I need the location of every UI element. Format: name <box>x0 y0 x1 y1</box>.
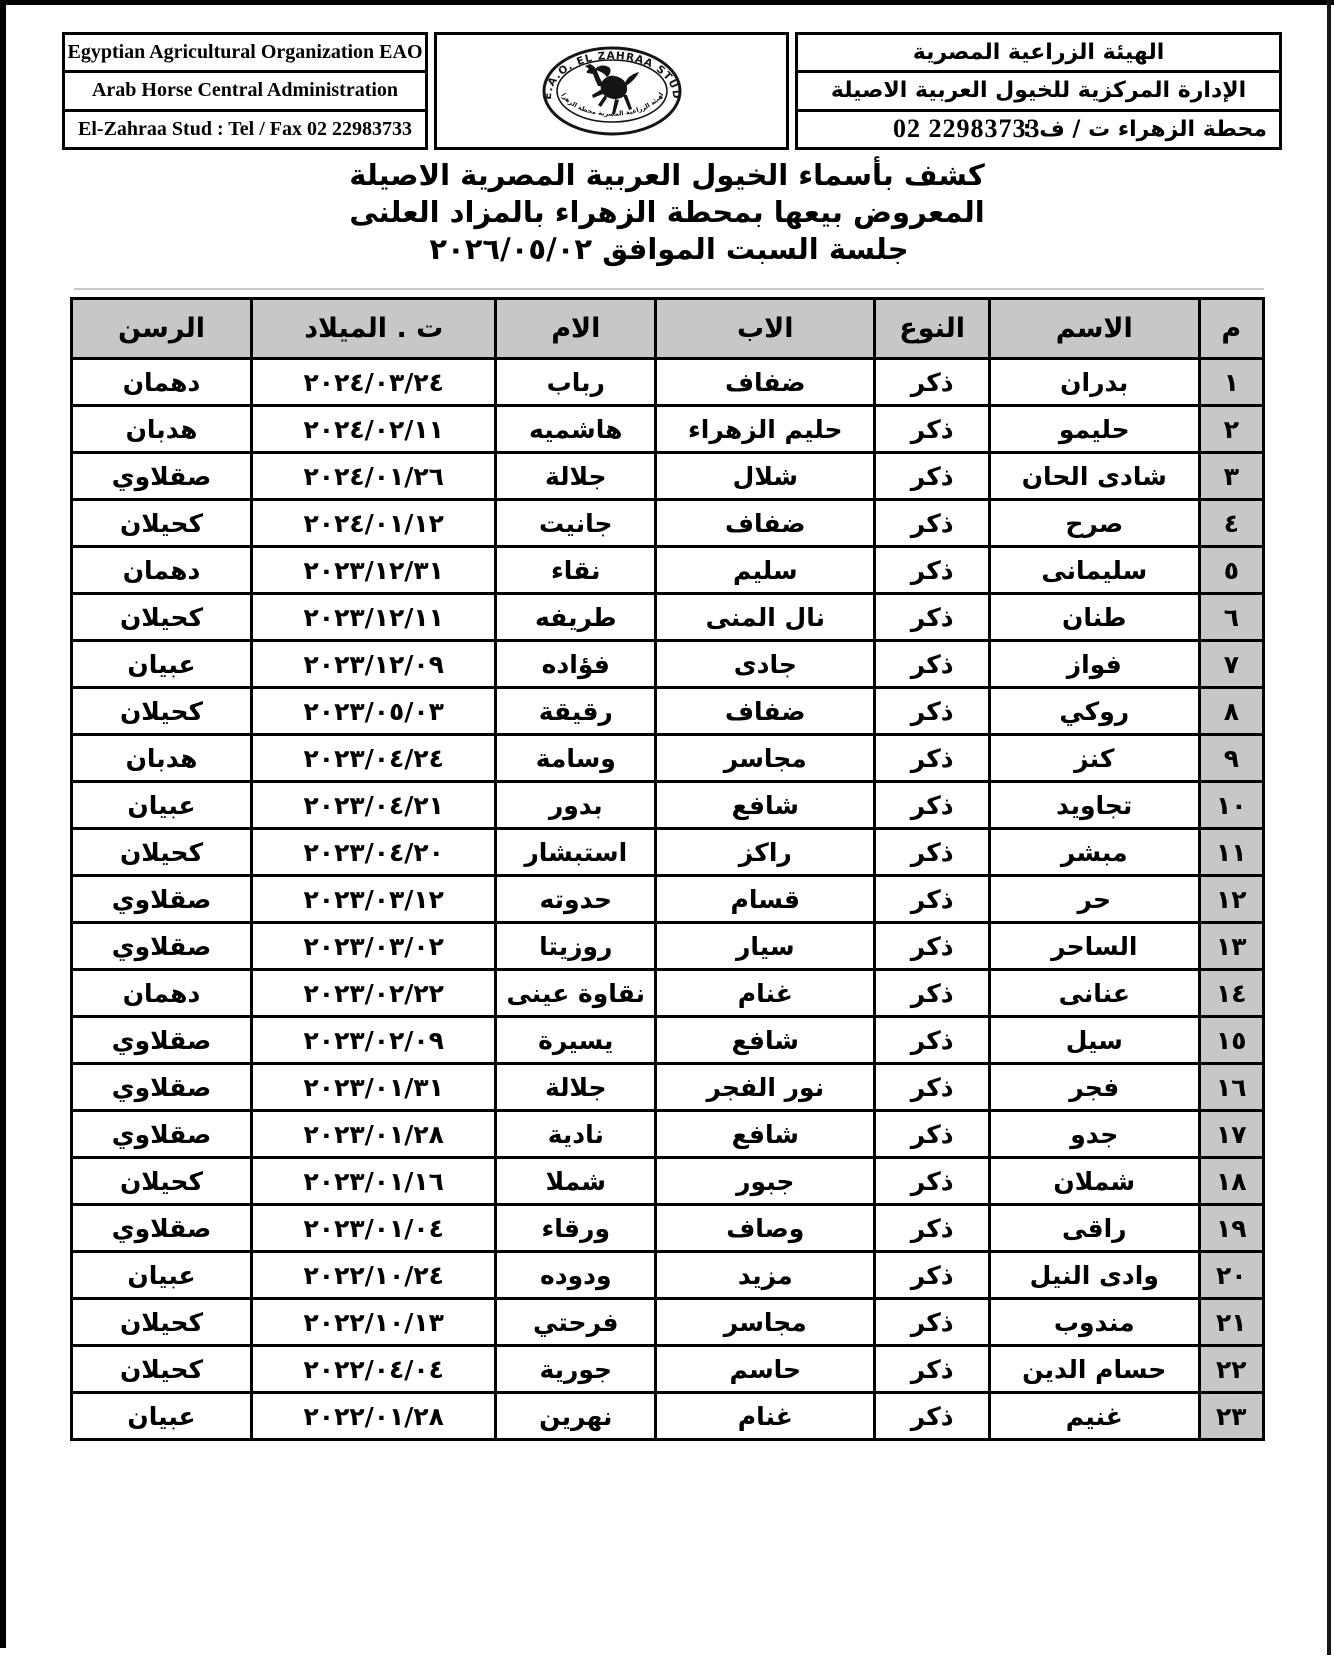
table-row: ٢حليموذكرحليم الزهراءهاشميه٢٠٢٤/٠٢/١١هدب… <box>72 406 1264 453</box>
cell-sex: ذكر <box>875 641 989 688</box>
table-row: ٦طنانذكرنال المنىطريفه٢٠٢٣/١٢/١١كحيلان <box>72 594 1264 641</box>
cell-sex: ذكر <box>875 970 989 1017</box>
cell-dam: حدوته <box>496 876 656 923</box>
cell-name: حليمو <box>989 406 1199 453</box>
col-header-dam: الام <box>496 299 656 359</box>
cell-num: ١٥ <box>1199 1017 1263 1064</box>
session-date: ٢٠٢٦/٠٥/٠٢ <box>429 232 592 266</box>
cell-strain: دهمان <box>72 970 252 1017</box>
title-line-1: كشف بأسماء الخيول العربية المصرية الاصيل… <box>0 157 1334 194</box>
cell-sire: شافع <box>656 782 875 829</box>
cell-sire: مزيد <box>656 1252 875 1299</box>
cell-dam: جانيت <box>496 500 656 547</box>
cell-name: مبشر <box>989 829 1199 876</box>
cell-sire: مجاسر <box>656 1299 875 1346</box>
cell-dam: ورقاء <box>496 1205 656 1252</box>
cell-sire: غنام <box>656 970 875 1017</box>
cell-name: فجر <box>989 1064 1199 1111</box>
table-row: ١١مبشرذكرراكزاستبشار٢٠٢٣/٠٤/٢٠كحيلان <box>72 829 1264 876</box>
cell-dam: نقاوة عينى <box>496 970 656 1017</box>
cell-dob: ٢٠٢٤/٠٢/١١ <box>252 406 496 453</box>
cell-sire: ضفاف <box>656 359 875 406</box>
cell-strain: عبيان <box>72 782 252 829</box>
table-row: ١٣الساحرذكرسيارروزيتا٢٠٢٣/٠٣/٠٢صقلاوي <box>72 923 1264 970</box>
cell-strain: عبيان <box>72 641 252 688</box>
header-english-box: Egyptian Agricultural Organization EAO A… <box>62 32 428 150</box>
cell-name: غنيم <box>989 1393 1199 1440</box>
cell-dam: شملا <box>496 1158 656 1205</box>
cell-sire: ضفاف <box>656 688 875 735</box>
cell-strain: عبيان <box>72 1393 252 1440</box>
cell-num: ١٣ <box>1199 923 1263 970</box>
table-row: ٨روكيذكرضفافرقيقة٢٠٢٣/٠٥/٠٣كحيلان <box>72 688 1264 735</box>
table-row: ١٩راقىذكروصافورقاء٢٠٢٣/٠١/٠٤صقلاوي <box>72 1205 1264 1252</box>
cell-dob: ٢٠٢٤/٠٣/٢٤ <box>252 359 496 406</box>
cell-num: ٨ <box>1199 688 1263 735</box>
cell-dam: وسامة <box>496 735 656 782</box>
cell-sex: ذكر <box>875 1158 989 1205</box>
cell-sex: ذكر <box>875 500 989 547</box>
cell-sex: ذكر <box>875 359 989 406</box>
cell-num: ٢٢ <box>1199 1346 1263 1393</box>
title-line-3: جلسة السبت الموافق ٢٠٢٦/٠٥/٠٢ <box>0 231 1334 268</box>
cell-sire: جادى <box>656 641 875 688</box>
table-row: ٢٢حسام الدينذكرحاسمجورية٢٠٢٢/٠٤/٠٤كحيلان <box>72 1346 1264 1393</box>
cell-dob: ٢٠٢٣/٠٤/٢٠ <box>252 829 496 876</box>
cell-strain: عبيان <box>72 1252 252 1299</box>
cell-num: ١٧ <box>1199 1111 1263 1158</box>
table-row: ١بدرانذكرضفافرباب٢٠٢٤/٠٣/٢٤دهمان <box>72 359 1264 406</box>
cell-strain: كحيلان <box>72 1299 252 1346</box>
horses-table-header: م الاسم النوع الاب الام ت . الميلاد الرس… <box>72 299 1264 359</box>
cell-sex: ذكر <box>875 1111 989 1158</box>
cell-name: جدو <box>989 1111 1199 1158</box>
cell-strain: هدبان <box>72 735 252 782</box>
cell-num: ٦ <box>1199 594 1263 641</box>
cell-sex: ذكر <box>875 923 989 970</box>
cell-name: حسام الدين <box>989 1346 1199 1393</box>
cell-dob: ٢٠٢٢/١٠/٢٤ <box>252 1252 496 1299</box>
admin-name-arabic: الإدارة المركزية للخيول العربية الاصيلة <box>798 70 1279 108</box>
cell-sire: شافع <box>656 1017 875 1064</box>
cell-sire: حليم الزهراء <box>656 406 875 453</box>
admin-name-english: Arab Horse Central Administration <box>65 70 425 108</box>
cell-sex: ذكر <box>875 547 989 594</box>
cell-sex: ذكر <box>875 1205 989 1252</box>
cell-name: تجاويد <box>989 782 1199 829</box>
cell-sex: ذكر <box>875 1252 989 1299</box>
cell-strain: صقلاوي <box>72 923 252 970</box>
session-label: جلسة السبت الموافق <box>602 232 908 266</box>
cell-strain: كحيلان <box>72 1158 252 1205</box>
cell-name: راقى <box>989 1205 1199 1252</box>
cell-sire: مجاسر <box>656 735 875 782</box>
header-arabic-box: الهيئة الزراعية المصرية الإدارة المركزية… <box>795 32 1282 150</box>
cell-sire: راكز <box>656 829 875 876</box>
cell-dam: يسيرة <box>496 1017 656 1064</box>
station-tel-label: محطة الزهراء ت / ف : <box>1023 117 1267 142</box>
cell-dam: جورية <box>496 1346 656 1393</box>
cell-sex: ذكر <box>875 735 989 782</box>
cell-dob: ٢٠٢٣/٠١/٢٨ <box>252 1111 496 1158</box>
table-row: ٤صرحذكرضفافجانيت٢٠٢٤/٠١/١٢كحيلان <box>72 500 1264 547</box>
cell-sire: غنام <box>656 1393 875 1440</box>
cell-strain: دهمان <box>72 547 252 594</box>
cell-dob: ٢٠٢٢/٠٤/٠٤ <box>252 1346 496 1393</box>
document-page: { "header": { "english": { "row1": "Egyp… <box>0 0 1334 1665</box>
cell-dam: نادية <box>496 1111 656 1158</box>
cell-sire: وصاف <box>656 1205 875 1252</box>
cell-num: ١١ <box>1199 829 1263 876</box>
cell-strain: كحيلان <box>72 1346 252 1393</box>
title-line-2: المعروض بيعها بمحطة الزهراء بالمزاد العل… <box>0 194 1334 231</box>
cell-dob: ٢٠٢٣/٠٣/١٢ <box>252 876 496 923</box>
station-tel-number: 02 22983733 <box>893 114 1041 144</box>
cell-dam: فؤاده <box>496 641 656 688</box>
cell-strain: كحيلان <box>72 500 252 547</box>
cell-name: سليمانى <box>989 547 1199 594</box>
cell-num: ١٩ <box>1199 1205 1263 1252</box>
cell-sire: جبور <box>656 1158 875 1205</box>
cell-strain: كحيلان <box>72 688 252 735</box>
cell-name: سيل <box>989 1017 1199 1064</box>
cell-dob: ٢٠٢٣/١٢/١١ <box>252 594 496 641</box>
cell-sire: نال المنى <box>656 594 875 641</box>
cell-dam: رقيقة <box>496 688 656 735</box>
cell-num: ٧ <box>1199 641 1263 688</box>
cell-dob: ٢٠٢٢/١٠/١٣ <box>252 1299 496 1346</box>
table-row: ٢١مندوبذكرمجاسرفرحتي٢٠٢٢/١٠/١٣كحيلان <box>72 1299 1264 1346</box>
cell-dob: ٢٠٢٣/٠١/٣١ <box>252 1064 496 1111</box>
cell-dob: ٢٠٢٣/٠١/١٦ <box>252 1158 496 1205</box>
cell-num: ٢٣ <box>1199 1393 1263 1440</box>
cell-dam: روزيتا <box>496 923 656 970</box>
table-row: ١٠تجاويدذكرشافعبدور٢٠٢٣/٠٤/٢١عبيان <box>72 782 1264 829</box>
cell-name: عنانى <box>989 970 1199 1017</box>
cell-strain: صقلاوي <box>72 876 252 923</box>
cell-num: ١٠ <box>1199 782 1263 829</box>
cell-name: الساحر <box>989 923 1199 970</box>
cell-sex: ذكر <box>875 688 989 735</box>
horses-table: م الاسم النوع الاب الام ت . الميلاد الرس… <box>70 297 1265 1441</box>
cell-dam: جلالة <box>496 1064 656 1111</box>
cell-num: ١٨ <box>1199 1158 1263 1205</box>
cell-num: ١٢ <box>1199 876 1263 923</box>
cell-sire: ضفاف <box>656 500 875 547</box>
cell-name: وادى النيل <box>989 1252 1199 1299</box>
cell-dob: ٢٠٢٣/٠٤/٢٤ <box>252 735 496 782</box>
logo-box: E.A.O. EL ZAHRAA STUD الهيئة الزراعية ال… <box>434 32 789 150</box>
cell-name: فواز <box>989 641 1199 688</box>
cell-strain: هدبان <box>72 406 252 453</box>
cell-num: ٢١ <box>1199 1299 1263 1346</box>
org-name-arabic: الهيئة الزراعية المصرية <box>798 35 1279 70</box>
cell-dam: استبشار <box>496 829 656 876</box>
table-row: ١٢حرذكرقسامحدوته٢٠٢٣/٠٣/١٢صقلاوي <box>72 876 1264 923</box>
cell-strain: دهمان <box>72 359 252 406</box>
cell-strain: صقلاوي <box>72 1017 252 1064</box>
cell-dob: ٢٠٢٤/٠١/٢٦ <box>252 453 496 500</box>
cell-dam: ودوده <box>496 1252 656 1299</box>
col-header-sex: النوع <box>875 299 989 359</box>
table-row: ١٤عنانىذكرغنامنقاوة عينى٢٠٢٣/٠٢/٢٢دهمان <box>72 970 1264 1017</box>
table-row: ٣شادى الحانذكرشلالجلالة٢٠٢٤/٠١/٢٦صقلاوي <box>72 453 1264 500</box>
cell-sire: شافع <box>656 1111 875 1158</box>
table-row: ٢٠وادى النيلذكرمزيدودوده٢٠٢٢/١٠/٢٤عبيان <box>72 1252 1264 1299</box>
cell-dam: طريفه <box>496 594 656 641</box>
cell-sire: قسام <box>656 876 875 923</box>
cell-name: مندوب <box>989 1299 1199 1346</box>
cell-name: طنان <box>989 594 1199 641</box>
cell-dob: ٢٠٢٣/١٢/٠٩ <box>252 641 496 688</box>
cell-num: ١٤ <box>1199 970 1263 1017</box>
table-row: ١٦فجرذكرنور الفجرجلالة٢٠٢٣/٠١/٣١صقلاوي <box>72 1064 1264 1111</box>
cell-sire: نور الفجر <box>656 1064 875 1111</box>
cell-sex: ذكر <box>875 406 989 453</box>
cell-sex: ذكر <box>875 1393 989 1440</box>
cell-sex: ذكر <box>875 782 989 829</box>
cell-sex: ذكر <box>875 876 989 923</box>
cell-sex: ذكر <box>875 453 989 500</box>
cell-name: كنز <box>989 735 1199 782</box>
table-row: ٢٣غنيمذكرغنامنهرين٢٠٢٢/٠١/٢٨عبيان <box>72 1393 1264 1440</box>
cell-sire: شلال <box>656 453 875 500</box>
cell-sex: ذكر <box>875 829 989 876</box>
cell-sex: ذكر <box>875 1064 989 1111</box>
cell-dam: بدور <box>496 782 656 829</box>
cell-name: صرح <box>989 500 1199 547</box>
cell-dob: ٢٠٢٣/٠٥/٠٣ <box>252 688 496 735</box>
table-row: ٧فوازذكرجادىفؤاده٢٠٢٣/١٢/٠٩عبيان <box>72 641 1264 688</box>
cell-num: ٢٠ <box>1199 1252 1263 1299</box>
cell-dob: ٢٠٢٣/٠٣/٠٢ <box>252 923 496 970</box>
cell-dam: فرحتي <box>496 1299 656 1346</box>
cell-dob: ٢٠٢٣/١٢/٣١ <box>252 547 496 594</box>
cell-dam: نهرين <box>496 1393 656 1440</box>
cell-num: ٩ <box>1199 735 1263 782</box>
org-name-english: Egyptian Agricultural Organization EAO <box>65 35 425 70</box>
table-row: ١٧جدوذكرشافعنادية٢٠٢٣/٠١/٢٨صقلاوي <box>72 1111 1264 1158</box>
cell-num: ٣ <box>1199 453 1263 500</box>
header-row: م الاسم النوع الاب الام ت . الميلاد الرس… <box>72 299 1264 359</box>
cell-dam: جلالة <box>496 453 656 500</box>
cell-sex: ذكر <box>875 1346 989 1393</box>
cell-num: ٥ <box>1199 547 1263 594</box>
table-row: ١٨شملانذكرجبورشملا٢٠٢٣/٠١/١٦كحيلان <box>72 1158 1264 1205</box>
cell-strain: كحيلان <box>72 594 252 641</box>
cell-dob: ٢٠٢٣/٠١/٠٤ <box>252 1205 496 1252</box>
stud-contact-english: El-Zahraa Stud : Tel / Fax 02 22983733 <box>65 109 425 147</box>
table-row: ١٥سيلذكرشافعيسيرة٢٠٢٣/٠٢/٠٩صقلاوي <box>72 1017 1264 1064</box>
col-header-number: م <box>1199 299 1263 359</box>
cell-strain: صقلاوي <box>72 1205 252 1252</box>
table-row: ٥سليمانىذكرسليمنقاء٢٠٢٣/١٢/٣١دهمان <box>72 547 1264 594</box>
document-title: كشف بأسماء الخيول العربية المصرية الاصيل… <box>0 157 1334 268</box>
cell-sex: ذكر <box>875 1299 989 1346</box>
col-header-strain: الرسن <box>72 299 252 359</box>
cell-strain: صقلاوي <box>72 453 252 500</box>
scan-edge-top <box>0 0 1334 5</box>
station-contact-arabic: محطة الزهراء ت / ف : 02 22983733 <box>798 109 1279 147</box>
cell-dam: رباب <box>496 359 656 406</box>
cell-num: ١٦ <box>1199 1064 1263 1111</box>
cell-dam: هاشميه <box>496 406 656 453</box>
cell-name: حر <box>989 876 1199 923</box>
col-header-name: الاسم <box>989 299 1199 359</box>
rearing-horse-icon <box>585 64 639 114</box>
cell-num: ٤ <box>1199 500 1263 547</box>
el-zahraa-stamp-logo: E.A.O. EL ZAHRAA STUD الهيئة الزراعية ال… <box>537 43 687 139</box>
cell-name: بدران <box>989 359 1199 406</box>
cell-sex: ذكر <box>875 594 989 641</box>
cell-sire: سيار <box>656 923 875 970</box>
cell-strain: كحيلان <box>72 829 252 876</box>
cell-sire: حاسم <box>656 1346 875 1393</box>
cell-dob: ٢٠٢٣/٠٤/٢١ <box>252 782 496 829</box>
cell-name: روكي <box>989 688 1199 735</box>
cell-strain: صقلاوي <box>72 1111 252 1158</box>
col-header-birthdate: ت . الميلاد <box>252 299 496 359</box>
cell-dob: ٢٠٢٢/٠١/٢٨ <box>252 1393 496 1440</box>
cell-sex: ذكر <box>875 1017 989 1064</box>
cell-dob: ٢٠٢٣/٠٢/٠٩ <box>252 1017 496 1064</box>
cell-dam: نقاء <box>496 547 656 594</box>
cell-dob: ٢٠٢٣/٠٢/٢٢ <box>252 970 496 1017</box>
horses-table-body: ١بدرانذكرضفافرباب٢٠٢٤/٠٣/٢٤دهمان٢حليموذك… <box>72 359 1264 1440</box>
table-row: ٩كنزذكرمجاسروسامة٢٠٢٣/٠٤/٢٤هدبان <box>72 735 1264 782</box>
scan-shadow-line <box>74 288 1264 290</box>
cell-dob: ٢٠٢٤/٠١/١٢ <box>252 500 496 547</box>
cell-num: ١ <box>1199 359 1263 406</box>
cell-strain: صقلاوي <box>72 1064 252 1111</box>
cell-name: شادى الحان <box>989 453 1199 500</box>
cell-num: ٢ <box>1199 406 1263 453</box>
cell-name: شملان <box>989 1158 1199 1205</box>
col-header-sire: الاب <box>656 299 875 359</box>
cell-sire: سليم <box>656 547 875 594</box>
